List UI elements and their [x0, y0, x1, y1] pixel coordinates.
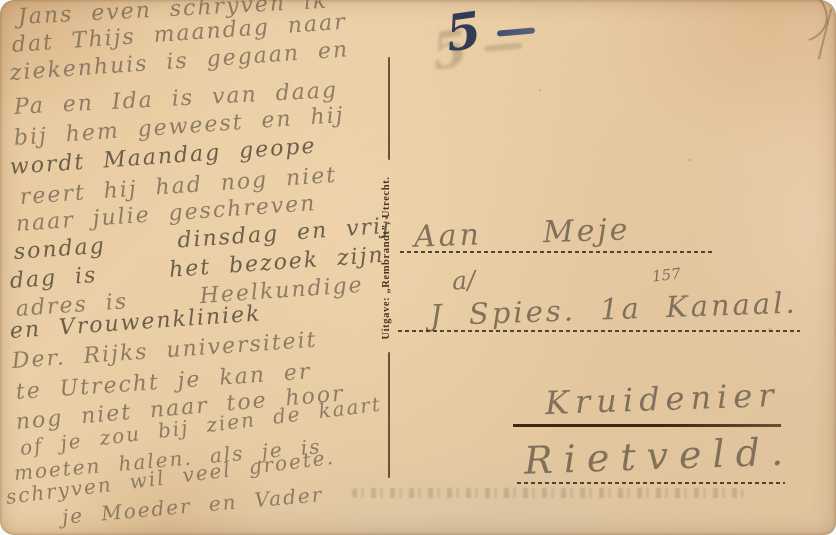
address-occupation: Kruidenier: [544, 376, 780, 422]
offset-ink-smudge: [352, 488, 744, 498]
divider-line-top: [388, 57, 390, 160]
address-house-number: 157: [651, 265, 681, 286]
address-town: Rietveld.: [523, 429, 794, 482]
address-rule-2: [398, 330, 800, 332]
divider-line-bottom: [388, 352, 390, 478]
address-recipient: Aan Meje: [413, 212, 631, 255]
price-dash-stroke: [497, 27, 535, 36]
postcard-back: Jans even schryven ik dat Thijs maandag …: [0, 0, 836, 535]
address-rule-3: [513, 424, 781, 427]
address-street: J Spies. 1a Kanaal.: [430, 286, 799, 333]
address-rule-4: [517, 482, 785, 484]
address-rule-1: [400, 251, 712, 253]
address-care-of: a/: [451, 265, 476, 296]
scanned-postcard-image: Jans even schryven ik dat Thijs maandag …: [0, 0, 836, 535]
publisher-imprint: Uitgave: „Rembrandt”, Utrecht.: [381, 167, 395, 349]
price-mark: 5: [442, 0, 485, 63]
